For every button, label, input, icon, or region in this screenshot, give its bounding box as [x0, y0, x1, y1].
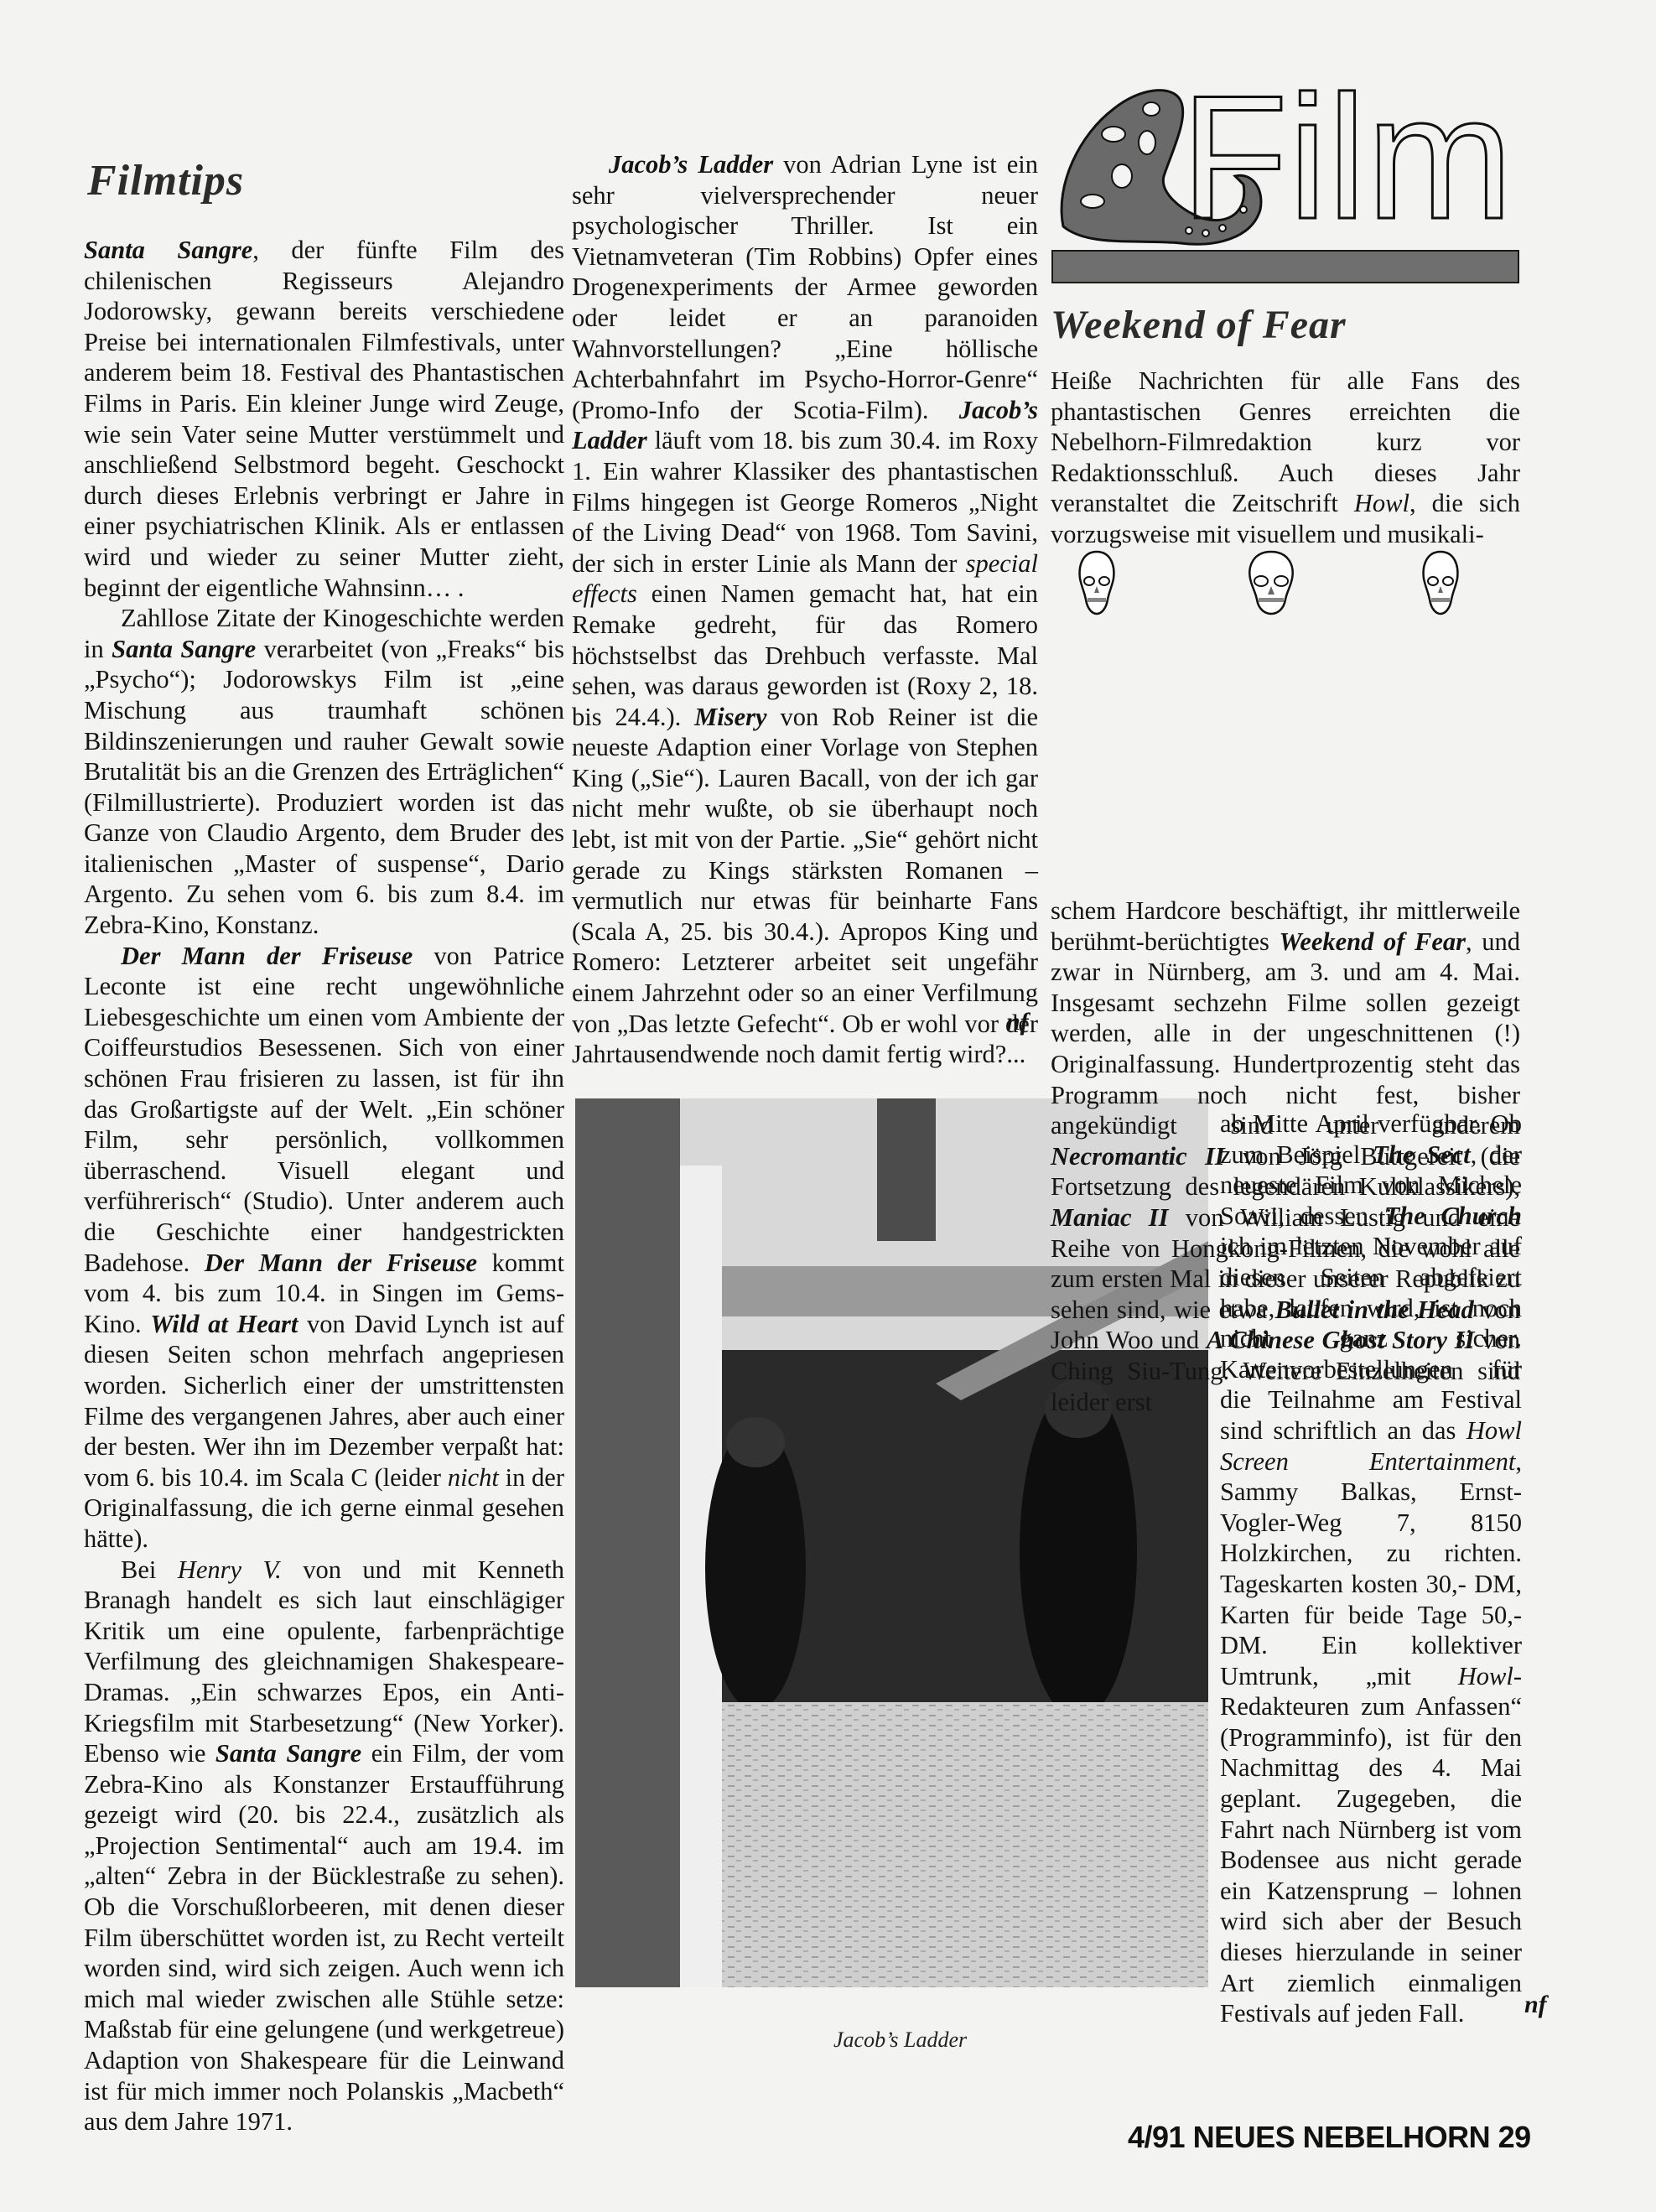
- film-title: Misery: [694, 703, 766, 731]
- body-text: von Rob Reiner ist die neueste Adaption …: [572, 703, 1038, 1069]
- film-title: Der Mann der Friseuse: [121, 942, 413, 970]
- photo-caption: Jacob’s Ladder: [833, 2028, 967, 2053]
- body-text: verarbeitet (von „Freaks“ bis „Psycho“);…: [84, 635, 564, 939]
- film-title: Der Mann der Friseuse: [205, 1249, 477, 1277]
- weekend-intro: Heiße Nachrichten für alle Fans des phan…: [1051, 366, 1520, 550]
- jacobs-ladder-paragraph: Jacob’s Ladder von Adrian Lyne ist ein s…: [572, 149, 1038, 1070]
- film-title: Maniac II: [1051, 1203, 1169, 1232]
- weekend-of-fear-heading: Weekend of Fear: [1051, 302, 1347, 348]
- author-signature: nf: [1006, 1008, 1029, 1036]
- weekend-intro-paragraph: Heiße Nachrichten für alle Fans des phan…: [1051, 366, 1520, 550]
- filmtips-paragraph: Bei Henry V. von und mit Kenneth Branagh…: [84, 1555, 564, 2137]
- body-text: ein Film, der vom Zebra-Kino als Konstan…: [84, 1739, 564, 2136]
- film-title: Weekend of Fear: [1279, 927, 1466, 956]
- film-title: The Church: [1384, 1202, 1522, 1230]
- emphasis-text: Howl: [1458, 1662, 1513, 1690]
- film-title: Jacob’s Ladder: [609, 150, 773, 179]
- jacobs-ladder-column: Jacob’s Ladder von Adrian Lyne ist ein s…: [572, 149, 1038, 1070]
- body-text: , Sammy Balkas, Ernst-Vogler-Weg 7, 8150…: [1220, 1447, 1522, 1690]
- film-title: The Sect: [1373, 1140, 1470, 1169]
- skull-row: [1051, 549, 1520, 621]
- body-text: von und mit Kenneth Branagh handelt es s…: [84, 1555, 564, 1768]
- film-section-logo: Film: [1055, 84, 1524, 252]
- weekend-narrow-column: ab Mitte April verfügbar. Ob zum Beispie…: [1220, 1109, 1522, 2029]
- page-footer: 4/91 NEUES NEBELHORN 29: [1128, 2120, 1531, 2155]
- author-signature: nf: [1524, 1991, 1547, 2019]
- film-title: Necromantic II: [1051, 1142, 1225, 1171]
- skull-icon: [1076, 549, 1118, 616]
- film-title: Wild at Heart: [150, 1310, 298, 1338]
- emphasis-text: Howl: [1354, 489, 1409, 517]
- body-text: von Adrian Lyne ist ein sehr vielverspre…: [572, 150, 1038, 424]
- filmtips-paragraph: Santa Sangre, der fünfte Film des chilen…: [84, 235, 564, 603]
- film-title: Santa Sangre: [112, 635, 256, 663]
- filmtips-heading: Filmtips: [87, 156, 244, 205]
- film-logo-text: Film: [1181, 84, 1513, 252]
- emphasis-text: Henry V.: [178, 1555, 282, 1584]
- film-title: Santa Sangre: [215, 1739, 361, 1768]
- skull-icon: [1420, 549, 1461, 616]
- filmtips-paragraph: Zahllose Zitate der Kinogeschichte werde…: [84, 603, 564, 941]
- section-divider-bar: [1051, 250, 1519, 283]
- body-text: Bei: [121, 1555, 178, 1584]
- body-text: , der fünfte Film des chilenischen Regis…: [84, 236, 564, 602]
- body-text: -Redakteuren zum Anfassen“ (Programminfo…: [1220, 1662, 1522, 2028]
- emphasis-text: nicht: [448, 1463, 499, 1492]
- filmtips-paragraph: Der Mann der Friseuse von Patrice Lecont…: [84, 941, 564, 1555]
- body-text: ich im letzten November auf diesen Seite…: [1220, 1232, 1522, 1445]
- weekend-narrow-paragraph: ab Mitte April verfügbar. Ob zum Beispie…: [1220, 1109, 1522, 2029]
- body-text: von Patrice Leconte ist eine recht ungew…: [84, 942, 564, 1277]
- film-title: Santa Sangre: [84, 236, 252, 264]
- filmtips-column: Santa Sangre, der fünfte Film des chilen…: [84, 235, 564, 2137]
- skull-icon: [1245, 549, 1297, 616]
